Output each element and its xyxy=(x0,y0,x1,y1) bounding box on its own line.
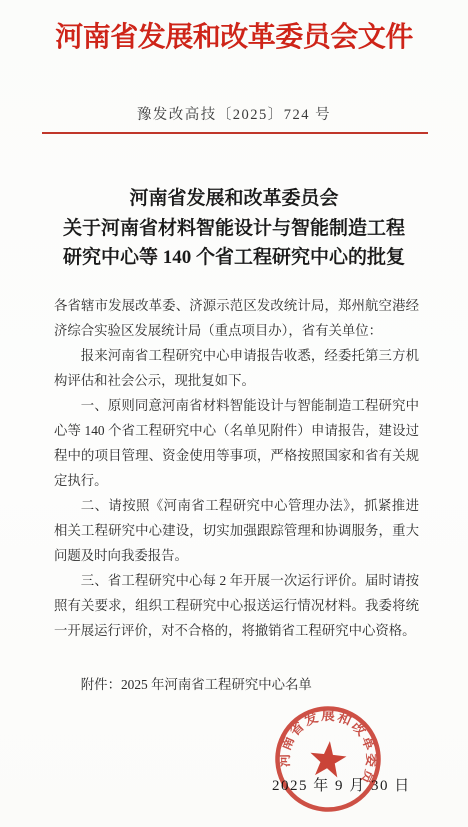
body-paragraph-intro: 报来河南省工程研究中心申请报告收悉，经委托第三方机构评估和社会公示，现批复如下。 xyxy=(54,343,419,393)
seal-ring xyxy=(272,703,383,814)
document-header-org-title: 河南省发展和改革委员会文件 xyxy=(0,17,468,59)
attachment-note: 附件：2025 年河南省工程研究中心名单 xyxy=(54,674,419,693)
document-title-line-1: 河南省发展和改革委员会 xyxy=(20,184,448,214)
star-icon xyxy=(308,739,348,778)
body-paragraph-item-2: 二、请按照《河南省工程研究中心管理办法》，抓紧推进相关工程研究中心建设，切实加强… xyxy=(54,493,419,568)
document-title-line-2: 关于河南省材料智能设计与智能制造工程 xyxy=(20,214,448,244)
salutation-line: 各省辖市发展改革委、济源示范区发改统计局，郑州航空港经济综合实验区发展统计局（重… xyxy=(54,293,419,343)
document-title: 河南省发展和改革委员会 关于河南省材料智能设计与智能制造工程 研究中心等 140… xyxy=(20,184,448,273)
official-document-page: 河南省发展和改革委员会文件 豫发改高技〔2025〕724 号 河南省发展和改革委… xyxy=(0,0,468,827)
document-title-line-3: 研究中心等 140 个省工程研究中心的批复 xyxy=(20,243,448,273)
document-body: 各省辖市发展改革委、济源示范区发改统计局，郑州航空港经济综合实验区发展统计局（重… xyxy=(54,293,419,643)
document-date: 2025 年 9 月 30 日 xyxy=(272,774,411,795)
document-number: 豫发改高技〔2025〕724 号 xyxy=(0,103,468,124)
body-paragraph-item-3: 三、省工程研究中心每 2 年开展一次运行评价。届时请按照有关要求，组织工程研究中… xyxy=(54,568,419,643)
red-divider-rule xyxy=(42,132,428,134)
official-seal: 河南省发展和改革委员会 xyxy=(259,690,397,827)
body-paragraph-item-1: 一、原则同意河南省材料智能设计与智能制造工程研究中心等 140 个省工程研究中心… xyxy=(54,393,419,493)
